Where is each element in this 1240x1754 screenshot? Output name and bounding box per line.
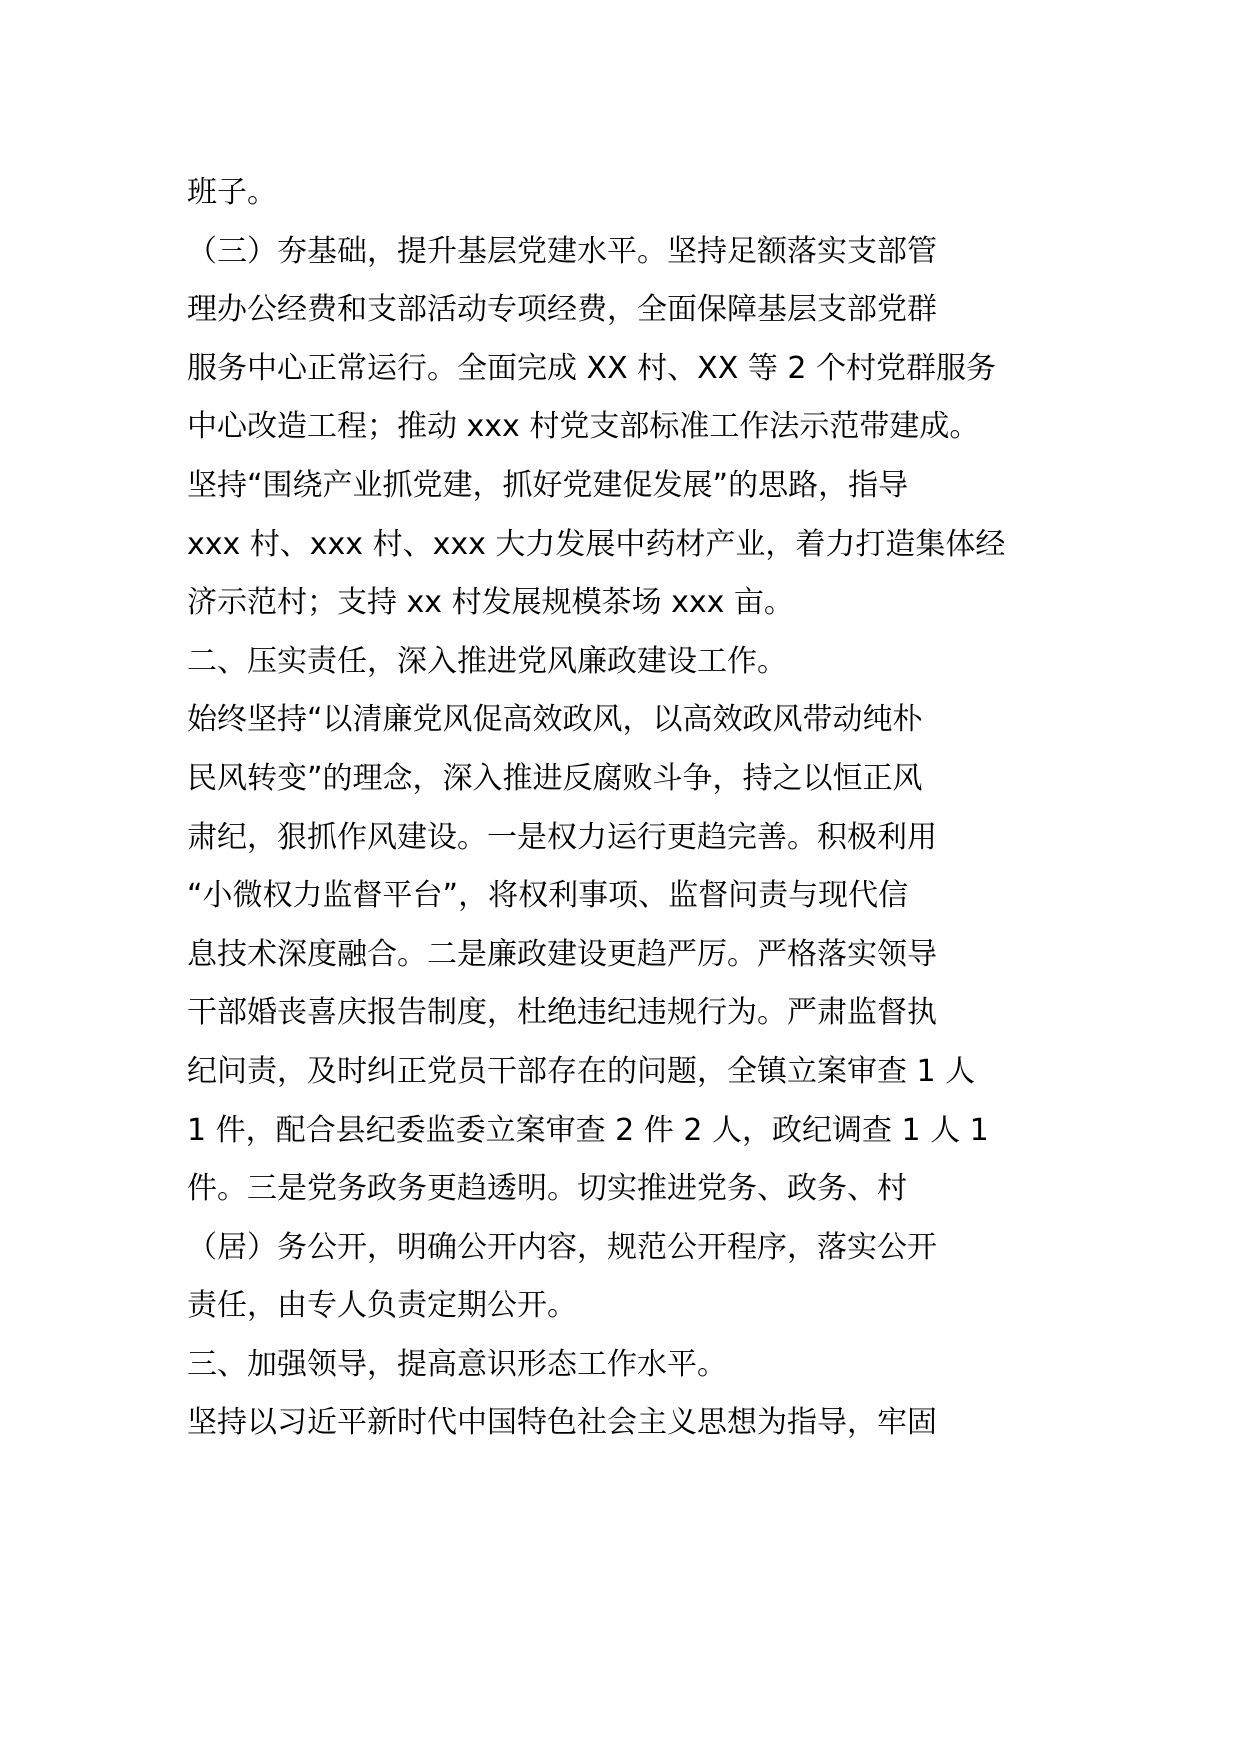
text-line: 中心改造工程；推动 xxx 村党支部标准工作法示范带建成。 (187, 398, 1057, 457)
document-page: 班子。 （三）夯基础，提升基层党建水平。坚持足额落实支部管 理办公经费和支部活动… (187, 164, 1057, 1453)
text-line: 肃纪，狠抓作风建设。一是权力运行更趋完善。积极利用 (187, 809, 1057, 868)
text-line: “小微权力监督平台”，将权利事项、监督问责与现代信 (187, 867, 1057, 926)
text-line: 干部婚丧喜庆报告制度，杜绝违纪违规行为。严肃监督执 (187, 984, 1057, 1043)
text-line: 坚持以习近平新时代中国特色社会主义思想为指导，牢固 (187, 1394, 1057, 1453)
text-line: 件。三是党务政务更趋透明。切实推进党务、政务、村 (187, 1160, 1057, 1219)
text-line: 纪问责，及时纠正党员干部存在的问题，全镇立案审查 1 人 (187, 1043, 1057, 1102)
text-line: 始终坚持“以清廉党风促高效政风，以高效政风带动纯朴 (187, 691, 1057, 750)
section-heading-line: （三）夯基础，提升基层党建水平。坚持足额落实支部管 (187, 223, 1057, 282)
text-line: 班子。 (187, 164, 1057, 223)
section-heading-3: 三、加强领导，提高意识形态工作水平。 (187, 1336, 1057, 1395)
text-line: 济示范村；支持 xx 村发展规模茶场 xxx 亩。 (187, 574, 1057, 633)
section-heading-2: 二、压实责任，深入推进党风廉政建设工作。 (187, 633, 1057, 692)
text-line: 息技术深度融合。二是廉政建设更趋严厉。严格落实领导 (187, 926, 1057, 985)
text-line: xxx 村、xxx 村、xxx 大力发展中药材产业，着力打造集体经 (187, 516, 1057, 575)
text-line: 坚持“围绕产业抓党建，抓好党建促发展”的思路，指导 (187, 457, 1057, 516)
text-line: 责任，由专人负责定期公开。 (187, 1277, 1057, 1336)
text-line: （居）务公开，明确公开内容，规范公开程序，落实公开 (187, 1219, 1057, 1278)
text-line: 1 件，配合县纪委监委立案审查 2 件 2 人，政纪调查 1 人 1 (187, 1102, 1057, 1161)
text-line: 民风转变”的理念，深入推进反腐败斗争，持之以恒正风 (187, 750, 1057, 809)
text-line: 理办公经费和支部活动专项经费，全面保障基层支部党群 (187, 281, 1057, 340)
text-line: 服务中心正常运行。全面完成 XX 村、XX 等 2 个村党群服务 (187, 340, 1057, 399)
